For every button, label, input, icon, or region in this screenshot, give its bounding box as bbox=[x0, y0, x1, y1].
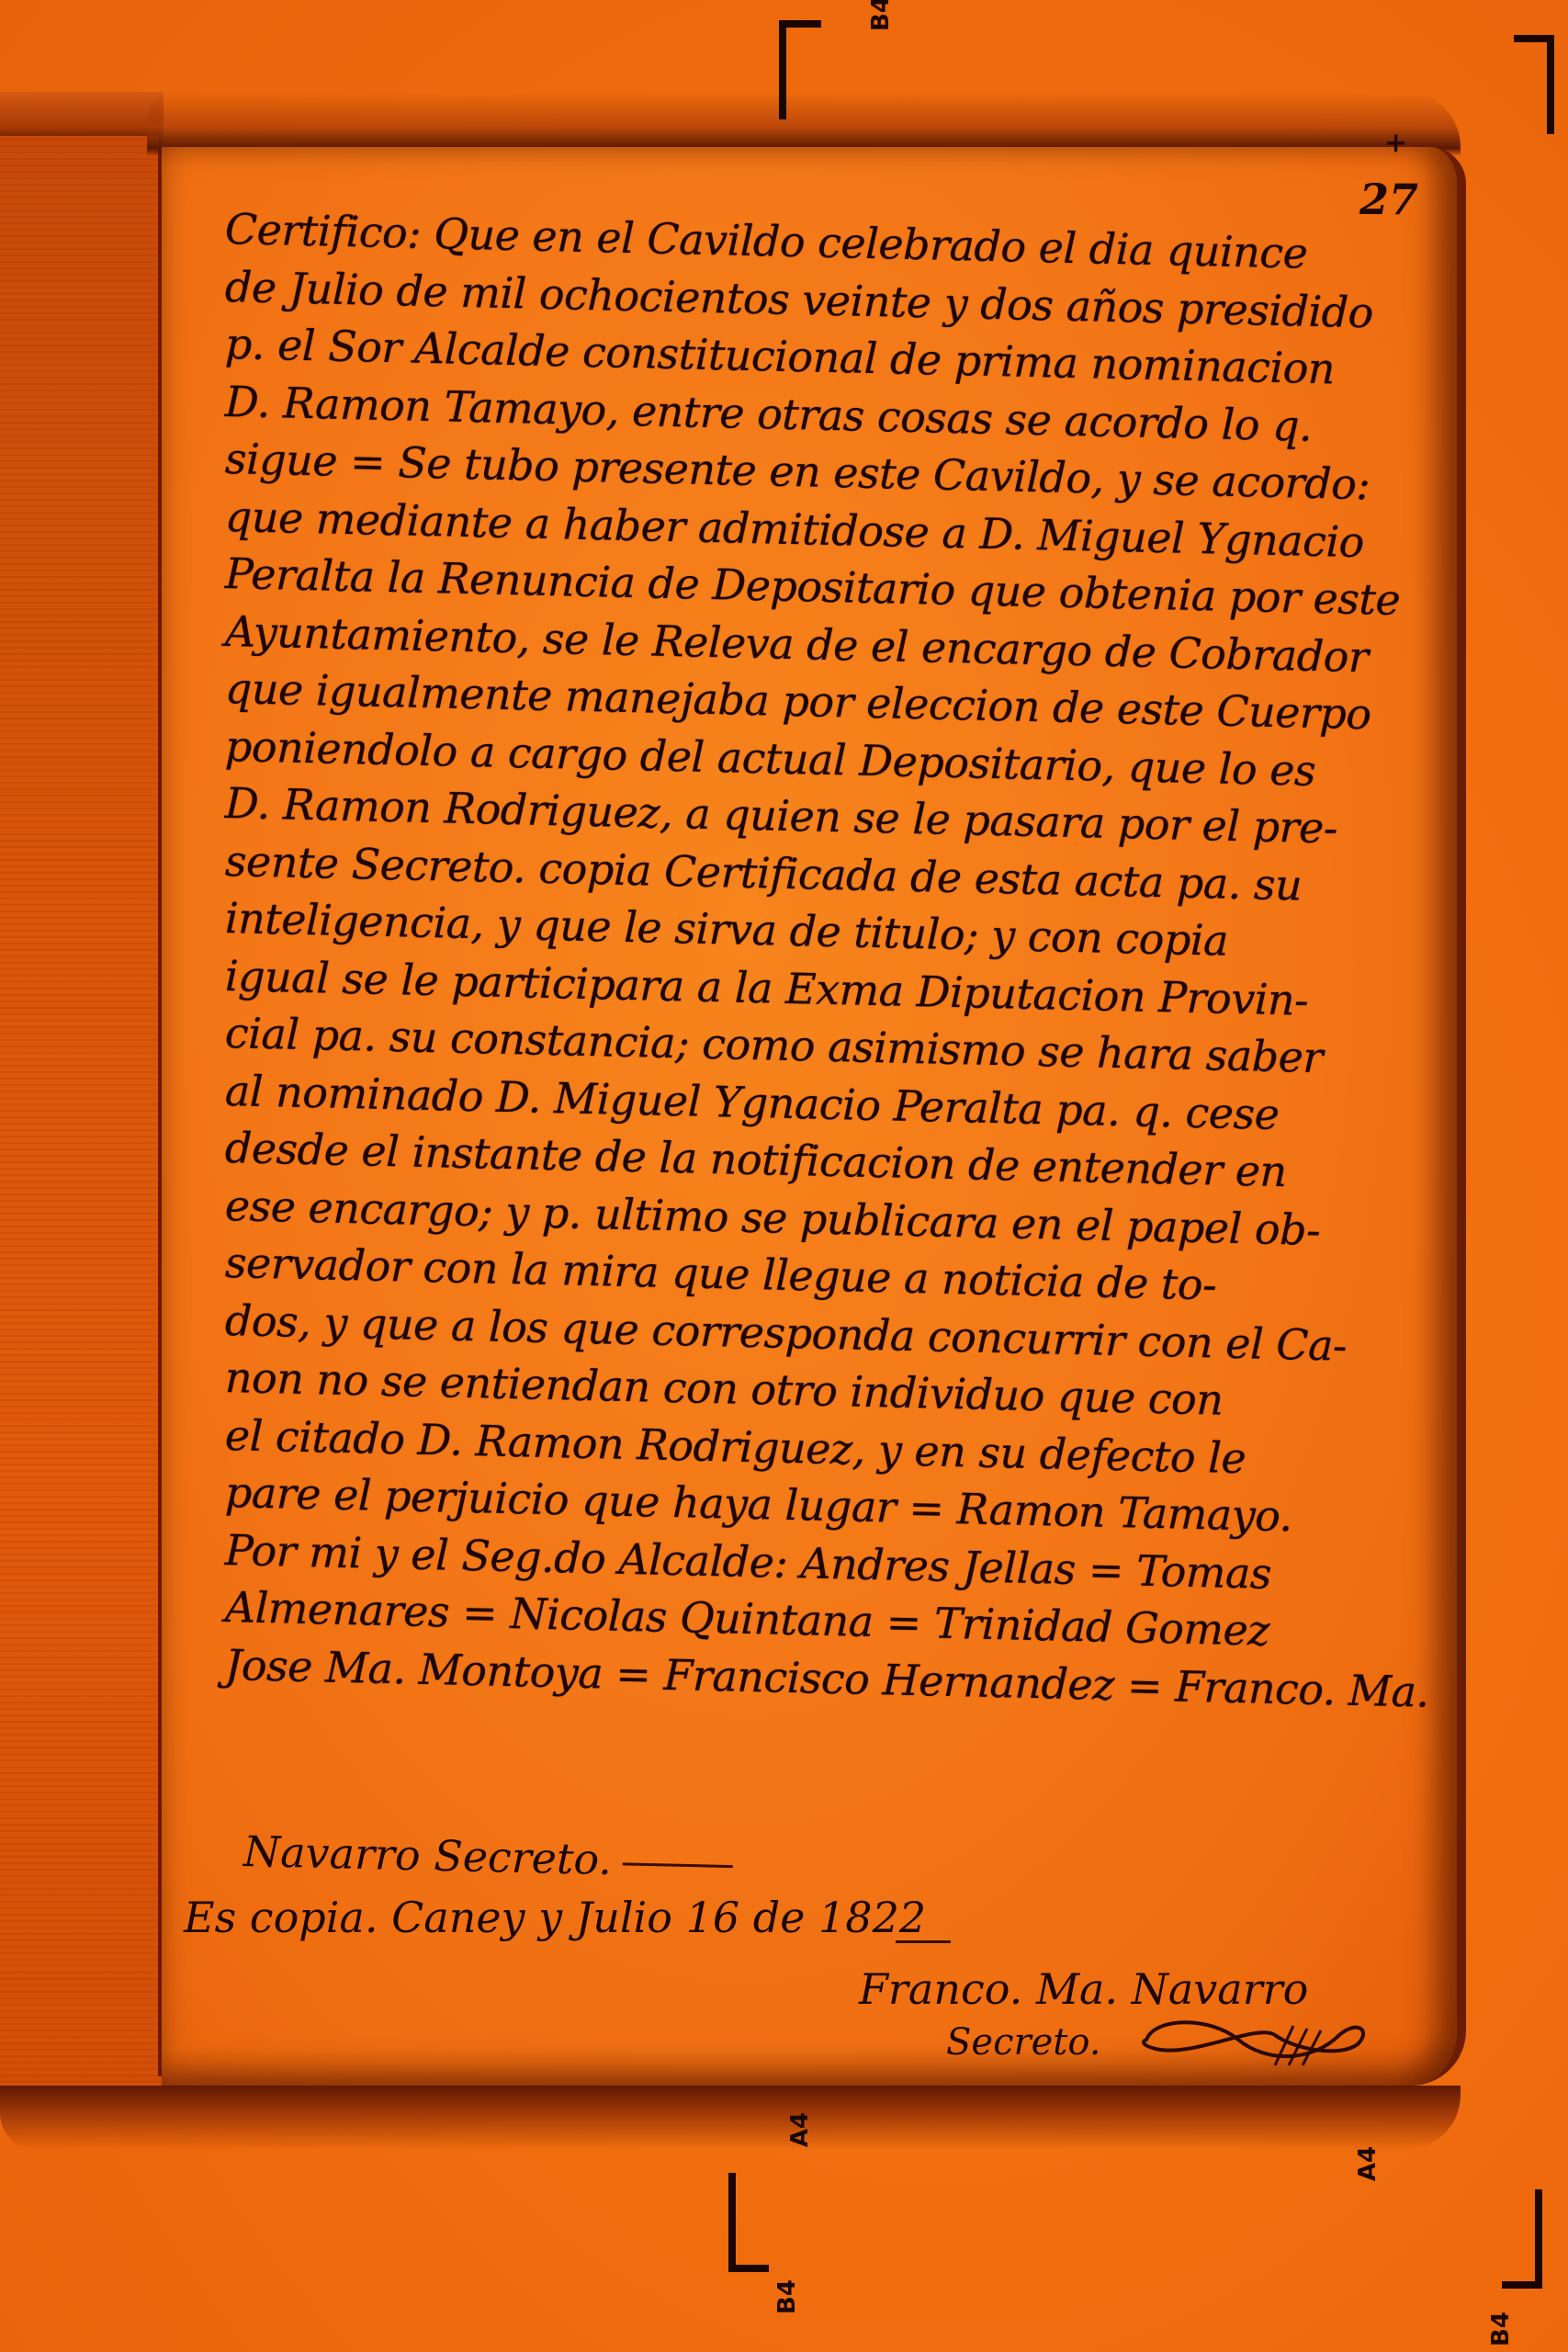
marker-label-b4-bottom-right: B4 bbox=[1487, 2312, 1515, 2346]
closing-rule-line bbox=[623, 1862, 733, 1868]
manuscript-body: Certifico: Que en el Cavildo celebrado e… bbox=[225, 200, 1456, 1693]
copy-attestation-rule bbox=[896, 1940, 951, 1943]
marker-label-a4-right: A4 bbox=[1354, 2146, 1382, 2181]
adjacent-page-strip bbox=[0, 136, 164, 2102]
frame-bracket-top-left bbox=[779, 20, 821, 119]
signature-title: Secreto. bbox=[946, 2021, 1100, 2064]
marker-label-b4-top: B4 bbox=[867, 0, 895, 31]
closing-text: Navarro Secreto. bbox=[243, 1826, 612, 1884]
frame-bracket-bottom-left bbox=[728, 2173, 769, 2272]
marker-label-b4-bottom-left: B4 bbox=[773, 2279, 801, 2314]
folio-tick-mark: + bbox=[1384, 127, 1407, 159]
marker-label-a4-left: A4 bbox=[786, 2112, 814, 2147]
signature-rubric-icon bbox=[1137, 2012, 1376, 2067]
paper-bottom-edge-shadow bbox=[0, 2086, 1461, 2150]
adjacent-page-top-edge bbox=[0, 92, 164, 142]
signature-name: Franco. Ma. Navarro bbox=[859, 1964, 1308, 2014]
frame-bracket-bottom-right bbox=[1502, 2189, 1542, 2289]
copy-attestation: Es copia. Caney y Julio 16 de 1822 bbox=[184, 1893, 926, 1942]
frame-bracket-top-right bbox=[1514, 35, 1554, 134]
